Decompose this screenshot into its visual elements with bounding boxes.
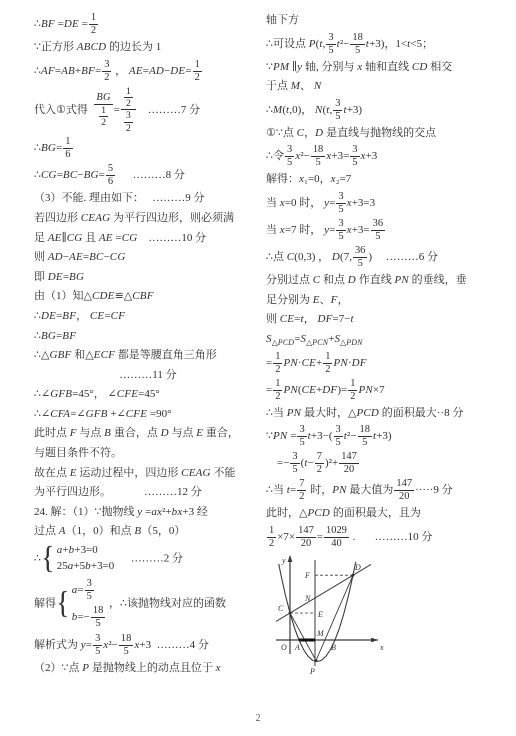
x-axis-arrow: [371, 638, 378, 643]
text-line: ∴当 t=72 时，PN 最大值为14720·····9 分: [266, 478, 510, 503]
parabola-figure: y x O A B C D E F M N P: [274, 554, 510, 687]
label-x: x: [379, 643, 384, 652]
text-line: 若四边形 CEAG 为平行四边形，则必须满: [34, 210, 262, 228]
text-line: 此时点 F 与点 B 重合，点 D 与点 E 重合，: [34, 425, 262, 443]
text-line: ∴BG=BF: [34, 328, 262, 346]
text-line: 轴下方: [266, 12, 510, 30]
text-line: ∴CG=BC−BG=56 ………8 分: [34, 163, 262, 188]
label-E: E: [317, 610, 323, 619]
text-line: 解析式为 y=35x²−185x+3 ………4 分: [34, 633, 262, 658]
text-line: S△PCD=S△PCN+S△PDN: [266, 331, 510, 349]
point-D: [352, 574, 355, 577]
text-line: 当 x=7 时， y=35x+3=365: [266, 218, 510, 243]
right-column-lines: 轴下方∴可设点 P(t,35t²−185t+3)，1<t<5；∵PM ∥y 轴,…: [266, 12, 510, 550]
text-line: ∴点 C(0,3) ， D(7,365) ………6 分: [266, 245, 510, 270]
text-line: （3）不能. 理由如下： ………9 分: [34, 190, 262, 208]
label-F: F: [304, 571, 310, 580]
text-line: 为平行四边形。 ………12 分: [34, 484, 262, 502]
text-line: ∵PN =35t+3−(35t²−185t+3): [266, 424, 510, 449]
label-A: A: [294, 643, 300, 652]
text-line: 解得：x₁=0，x₂=7: [266, 171, 510, 189]
text-line: 当 x=0 时， y=35x+3=3: [266, 191, 510, 216]
text-line: 解得{a=35b=−185 ，∴该抛物线对应的函数: [34, 577, 262, 631]
text-line: ∴DE=BF， CE=CF: [34, 308, 262, 326]
right-column: 轴下方∴可设点 P(t,35t²−185t+3)，1<t<5；∵PM ∥y 轴,…: [266, 10, 510, 687]
text-line: 足 AE∥CG 且 AE =CG ………10 分: [34, 230, 262, 248]
point-C: [289, 612, 292, 615]
text-line: =12PN·CE+12PN·DF: [266, 351, 510, 376]
text-line: =−35(t−72)²+14720: [266, 451, 510, 476]
left-column: ∴BF =DE =12∵正方形 ABCD 的边长为 1∴AF=AB+BF=32 …: [34, 10, 262, 679]
label-C: C: [278, 604, 284, 613]
y-axis-arrow: [288, 555, 293, 562]
answer-sheet-page: ∴BF =DE =12∵正方形 ABCD 的边长为 1∴AF=AB+BF=32 …: [0, 0, 516, 736]
label-B: B: [331, 643, 336, 652]
point-P: [315, 659, 318, 662]
text-line: ∴∠GFB=45°， ∠CFE=45°: [34, 386, 262, 404]
text-line: 即 DE=BG: [34, 269, 262, 287]
text-line: 代入①式得 BG12=1232 ………7 分: [34, 86, 262, 135]
text-line: 由（1）知△CDE≌△CBF: [34, 288, 262, 306]
label-O: O: [281, 643, 287, 652]
text-line: ………11 分: [34, 367, 262, 385]
text-line: ∴可设点 P(t,35t²−185t+3)，1<t<5；: [266, 32, 510, 57]
text-line: ∴△GBF 和△ECF 都是等腰直角三角形: [34, 347, 262, 365]
text-line: ∴M(t,0)， N(t,35t+3): [266, 98, 510, 123]
text-line: 与题目条件不符。: [34, 445, 262, 463]
label-N: N: [304, 594, 311, 603]
text-line: ∴令35x²−185x+3=35x+3: [266, 144, 510, 169]
text-line: （2）∵点 P 是抛物线上的动点且位于 x: [34, 660, 262, 678]
text-line: 分别过点 C 和点 D 作直线 PN 的垂线，垂: [266, 272, 510, 290]
text-line: ∴∠CFA=∠GFB +∠CFE =90°: [34, 406, 262, 424]
label-P: P: [309, 667, 315, 676]
text-line: 足分别为 E、F，: [266, 292, 510, 310]
page-number: 2: [0, 713, 516, 724]
text-line: 12×7×14720=102940 . ………10 分: [266, 525, 510, 550]
text-line: 过点 A（1，0）和点 B（5，0）: [34, 523, 262, 541]
text-line: ∴BG=16: [34, 136, 262, 161]
text-line: ∵正方形 ABCD 的边长为 1: [34, 39, 262, 57]
text-line: ①∵点 C，D 是直线与抛物线的交点: [266, 125, 510, 143]
text-line: 则 AD−AE=BC−CG: [34, 249, 262, 267]
text-line: ∴{a+b+3=025a+5b+3=0 ………2 分: [34, 543, 262, 575]
text-line: 于点 M、 N: [266, 78, 510, 96]
text-line: 24. 解：（1）∵抛物线 y =ax²+bx+3 经: [34, 504, 262, 522]
label-D: D: [354, 563, 361, 572]
text-line: 故在点 E 运动过程中，四边形 CEAG 不能: [34, 465, 262, 483]
text-line: ∵PM ∥y 轴, 分别与 x 轴和直线 CD 相交: [266, 59, 510, 77]
text-line: =12PN(CE+DF)=12PN×7: [266, 378, 510, 403]
text-line: ∴AF=AB+BF=32 ， AE=AD−DE=12: [34, 59, 262, 84]
text-line: 此时，△PCD 的面积最大，且为: [266, 505, 510, 523]
text-line: ∴BF =DE =12: [34, 12, 262, 37]
label-y: y: [281, 556, 286, 565]
figure-svg: y x O A B C D E F M N P: [274, 554, 392, 684]
label-M: M: [316, 629, 325, 638]
text-line: ∴当 PN 最大时，△PCD 的面积最大··8 分: [266, 405, 510, 423]
text-line: 则 CE=t， DF=7−t: [266, 311, 510, 329]
segment-CP: [290, 613, 316, 661]
